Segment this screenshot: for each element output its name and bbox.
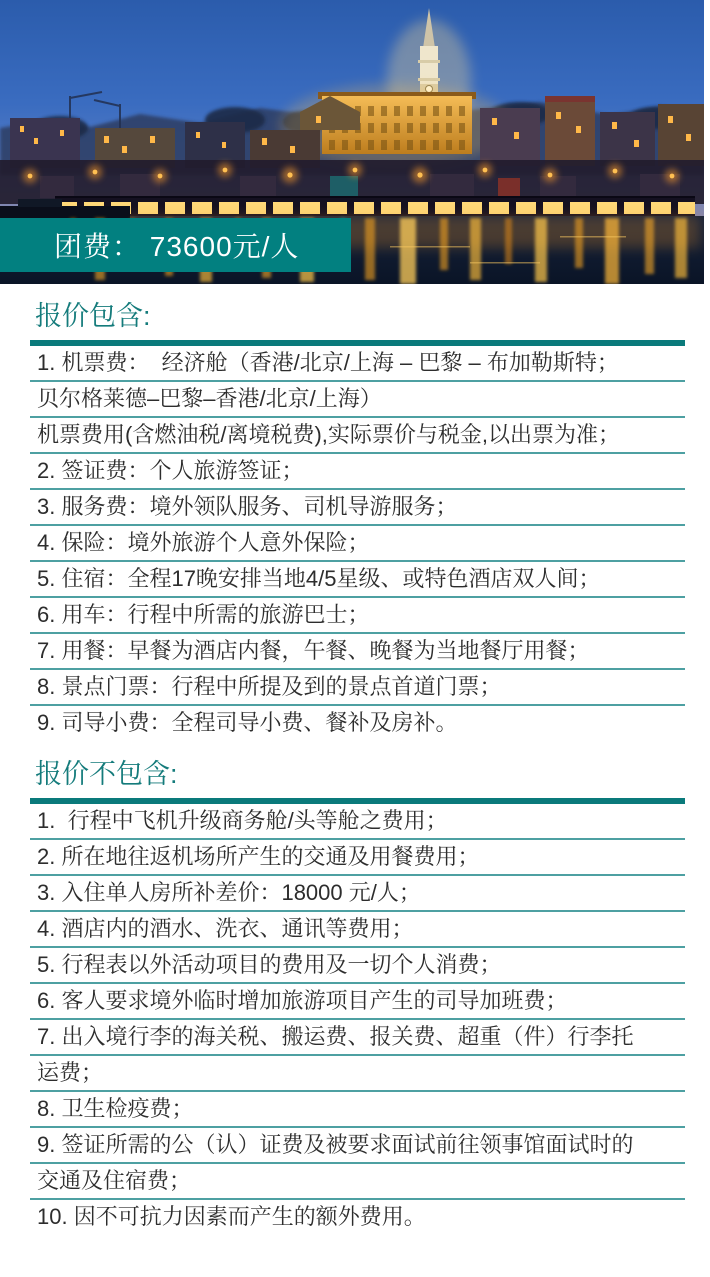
list-item: 运费； xyxy=(30,1056,685,1092)
list-item: 9. 签证所需的公（认）证费及被要求面试前往领事馆面试时的 xyxy=(30,1128,685,1164)
list-item: 4. 保险：境外旅游个人意外保险； xyxy=(30,526,685,562)
list-item: 2. 所在地往返机场所产生的交通及用餐费用； xyxy=(30,840,685,876)
section-excluded: 报价不包含: 1. 行程中飞机升级商务舱/头等舱之费用； 2. 所在地往返机场所… xyxy=(30,757,685,1236)
list-item: 4. 酒店内的酒水、洗衣、通讯等费用； xyxy=(30,912,685,948)
content: 报价包含: 1. 机票费： 经济舱（香港/北京/上海 – 巴黎 – 布加勒斯特；… xyxy=(30,299,685,1236)
list-item: 8. 景点门票：行程中所提及到的景点首道门票； xyxy=(30,670,685,706)
list-item: 2. 签证费：个人旅游签证； xyxy=(30,454,685,490)
list-item: 7. 出入境行李的海关税、搬运费、报关费、超重（件）行李托 xyxy=(30,1020,685,1056)
price-banner: 团费： 73600元/人 xyxy=(0,218,351,272)
list-item: 交通及住宿费； xyxy=(30,1164,685,1200)
list-item: 7. 用餐：早餐为酒店内餐，午餐、晚餐为当地餐厅用餐； xyxy=(30,634,685,670)
list-item: 1. 行程中飞机升级商务舱/头等舱之费用； xyxy=(30,804,685,840)
hero-photo: 团费： 73600元/人 xyxy=(0,0,704,284)
list-item: 机票费用(含燃油税/离境税费),实际票价与税金,以出票为准； xyxy=(30,418,685,454)
list-item: 5. 行程表以外活动项目的费用及一切个人消费； xyxy=(30,948,685,984)
list-item: 8. 卫生检疫费； xyxy=(30,1092,685,1128)
list-item: 6. 客人要求境外临时增加旅游项目产生的司导加班费； xyxy=(30,984,685,1020)
list-item: 9. 司导小费：全程司导小费、餐补及房补。 xyxy=(30,706,685,742)
list-item: 1. 机票费： 经济舱（香港/北京/上海 – 巴黎 – 布加勒斯特； xyxy=(30,346,685,382)
included-heading: 报价包含: xyxy=(30,299,685,333)
excluded-heading: 报价不包含: xyxy=(30,757,685,791)
list-item: 3. 服务费：境外领队服务、司机导游服务； xyxy=(30,490,685,526)
excluded-list: 1. 行程中飞机升级商务舱/头等舱之费用； 2. 所在地往返机场所产生的交通及用… xyxy=(30,804,685,1236)
list-item: 10. 因不可抗力因素而产生的额外费用。 xyxy=(30,1200,685,1236)
list-item: 5. 住宿：全程17晚安排当地4/5星级、或特色酒店双人间； xyxy=(30,562,685,598)
list-item: 贝尔格莱德–巴黎–香港/北京/上海） xyxy=(30,382,685,418)
price-label: 团费： 73600元/人 xyxy=(0,225,299,265)
list-item: 6. 用车：行程中所需的旅游巴士； xyxy=(30,598,685,634)
section-included: 报价包含: 1. 机票费： 经济舱（香港/北京/上海 – 巴黎 – 布加勒斯特；… xyxy=(30,299,685,742)
list-item: 3. 入住单人房所补差价：18000 元/人； xyxy=(30,876,685,912)
included-list: 1. 机票费： 经济舱（香港/北京/上海 – 巴黎 – 布加勒斯特； 贝尔格莱德… xyxy=(30,346,685,742)
page: 团费： 73600元/人 报价包含: 1. 机票费： 经济舱（香港/北京/上海 … xyxy=(0,0,710,1277)
